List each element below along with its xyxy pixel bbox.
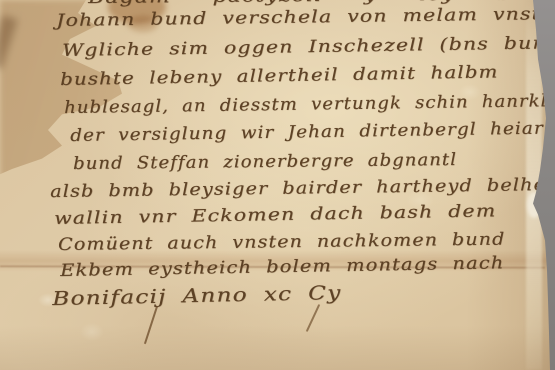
manuscript-line-6: der versiglung wir Jehan dirtenbergl hei… (70, 119, 544, 146)
manuscript-line-7: bund Steffan zionerbergre abgnantl (73, 150, 457, 174)
manuscript-line-5: hublesagl, an diesstm vertungk schin han… (64, 91, 548, 118)
manuscript-line-12: Bonifacij Anno xc Cy (52, 282, 342, 310)
ink-flourish-descender (144, 306, 158, 345)
manuscript-paper: Bagam pactyzell y loy b Johann bund vers… (0, 0, 555, 370)
manuscript-line-11: Ekbem eystheich bolem montags nach (60, 253, 505, 281)
manuscript-line-3: Wgliche sim oggen Inschezell (bns bund (62, 33, 555, 61)
manuscript-line-4: bushte lebeny allertheil damit halbm (60, 62, 499, 90)
manuscript-line-10: Comüent auch vnsten nachkomen bund (58, 230, 505, 255)
handwriting-layer: Bagam pactyzell y loy b Johann bund vers… (0, 0, 555, 370)
manuscript-line-2: Johann bund verschela von melam vnster (56, 4, 555, 31)
ink-flourish-descender-2 (306, 304, 320, 332)
manuscript-photo: Bagam pactyzell y loy b Johann bund vers… (0, 0, 555, 370)
manuscript-line-9: wallin vnr Eckomen dach bash dem (54, 201, 496, 229)
manuscript-line-8: alsb bmb bleysiger bairder hartheyd belh… (50, 175, 546, 202)
